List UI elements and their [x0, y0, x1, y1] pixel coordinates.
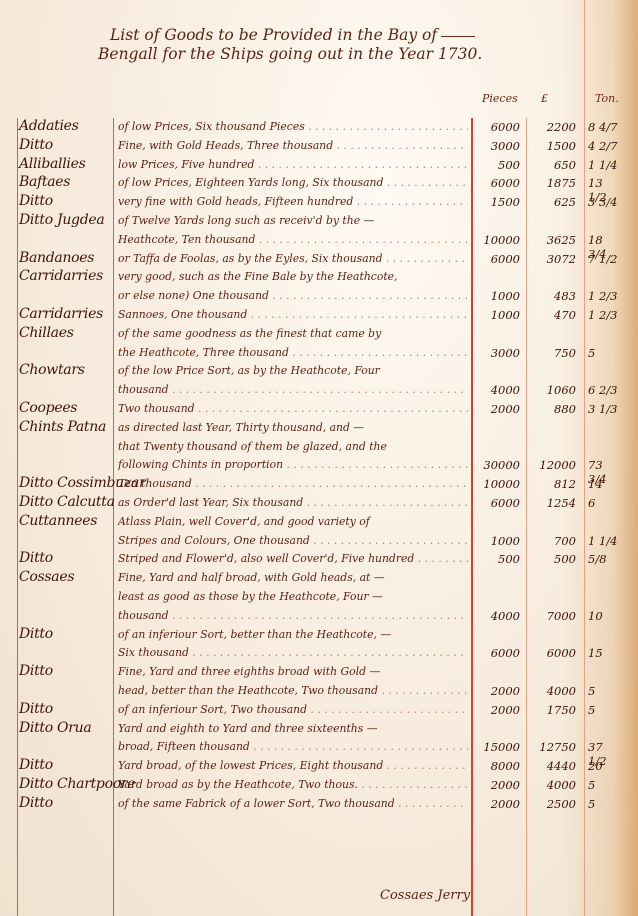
goods-row: Ditto Calcuttaas Order'd last Year, Six … — [0, 494, 638, 513]
goods-row: CoopeesTwo thousand20008803 1/3 — [0, 400, 638, 419]
goods-name: Addaties — [19, 118, 79, 134]
goods-row: Dittovery fine with Gold heads, Fifteen … — [0, 193, 638, 212]
title-line-2: Bengall for the Ships going out in the Y… — [98, 45, 578, 64]
pounds-value: 1060 — [528, 383, 576, 397]
goods-row: Bandanoesor Taffa de Foolas, as by the E… — [0, 250, 638, 269]
manuscript-page: List of Goods to be Provided in the Bay … — [0, 0, 638, 916]
goods-row: Ditto Jugdeaof Twelve Yards long such as… — [0, 212, 638, 250]
row-line: Stripes and Colours, One thousand1000700… — [0, 532, 638, 551]
tons-value: 1 1/4 — [588, 534, 624, 548]
pounds-value: 12000 — [528, 458, 576, 472]
goods-row: DittoStriped and Flower'd, also well Cov… — [0, 550, 638, 569]
row-line: Six thousand6000600015 — [0, 644, 638, 663]
goods-description: Fine, Yard and three eighths broad with … — [118, 665, 468, 678]
goods-description: or else none) One thousand — [118, 289, 468, 302]
pounds-value: 750 — [528, 346, 576, 360]
goods-description: as directed last Year, Thirty thousand, … — [118, 421, 468, 434]
goods-description: as Order'd last Year, Six thousand — [118, 496, 468, 509]
tons-value: 6 2/3 — [588, 383, 624, 397]
tons-value: 8 4/7 — [588, 120, 624, 134]
row-line: Ditto Jugdeaof Twelve Yards long such as… — [0, 212, 638, 231]
goods-name: Chints Patna — [19, 419, 106, 435]
row-line: Dittoof the same Fabrick of a lower Sort… — [0, 795, 638, 814]
pieces-value: 6000 — [474, 120, 520, 134]
pounds-value: 470 — [528, 308, 576, 322]
goods-description: very fine with Gold heads, Fifteen hundr… — [118, 195, 468, 208]
row-line: Chillaesof the same goodness as the fine… — [0, 325, 638, 344]
goods-name: Alliballies — [19, 156, 85, 172]
goods-name: Cossaes — [19, 569, 74, 585]
tons-value: 3 3/4 — [588, 195, 624, 209]
goods-row: Ditto OruaYard and eighth to Yard and th… — [0, 720, 638, 758]
tons-value: 3 1/3 — [588, 402, 624, 416]
tons-value: 6 — [588, 496, 624, 510]
tons-value: 14 — [588, 477, 624, 491]
row-line: head, better than the Heathcote, Two tho… — [0, 682, 638, 701]
tons-value: 10 — [588, 609, 624, 623]
goods-row: CossaesFine, Yard and half broad, with G… — [0, 569, 638, 625]
row-line: Carridarriesvery good, such as the Fine … — [0, 268, 638, 287]
row-line: Ditto ChartpooreYard broad as by the Hea… — [0, 776, 638, 795]
tons-value: 1 2/3 — [588, 308, 624, 322]
pieces-value: 10000 — [474, 477, 520, 491]
pieces-value: 2000 — [474, 797, 520, 811]
goods-description: thousand — [118, 383, 468, 396]
pounds-value: 650 — [528, 158, 576, 172]
row-line: Bandanoesor Taffa de Foolas, as by the E… — [0, 250, 638, 269]
pieces-value: 6000 — [474, 252, 520, 266]
tons-value: 5 — [588, 778, 624, 792]
goods-name: Ditto — [19, 626, 53, 642]
goods-name: Carridarries — [19, 268, 103, 284]
pieces-value: 4000 — [474, 609, 520, 623]
goods-description: of low Prices, Six thousand Pieces — [118, 120, 468, 133]
pounds-value: 4000 — [528, 684, 576, 698]
pieces-value: 30000 — [474, 458, 520, 472]
column-header-pieces: Pieces — [482, 92, 518, 105]
goods-description: Six thousand — [118, 646, 468, 659]
goods-description: Stripes and Colours, One thousand — [118, 534, 468, 547]
goods-description: Yard broad, of the lowest Prices, Eight … — [118, 759, 468, 772]
goods-row: Dittoof an inferiour Sort, better than t… — [0, 626, 638, 664]
document-title: List of Goods to be Provided in the Bay … — [98, 26, 578, 64]
tons-value: 15 — [588, 646, 624, 660]
title-flourish — [441, 36, 475, 37]
goods-name: Ditto — [19, 757, 53, 773]
pieces-value: 6000 — [474, 646, 520, 660]
pieces-value: 8000 — [474, 759, 520, 773]
goods-description: following Chints in proportion — [118, 458, 468, 471]
goods-row: Dittoof the same Fabrick of a lower Sort… — [0, 795, 638, 814]
pieces-value: 1000 — [474, 289, 520, 303]
tons-value: 1 1/4 — [588, 158, 624, 172]
row-line: DittoFine, with Gold Heads, Three thousa… — [0, 137, 638, 156]
pieces-value: 6000 — [474, 176, 520, 190]
tons-value: 5 — [588, 797, 624, 811]
goods-description: head, better than the Heathcote, Two tho… — [118, 684, 468, 697]
tons-value: 7 1/2 — [588, 252, 624, 266]
goods-description: of low Prices, Eighteen Yards long, Six … — [118, 176, 468, 189]
goods-description: Sannoes, One thousand — [118, 308, 468, 321]
row-line: CoopeesTwo thousand20008803 1/3 — [0, 400, 638, 419]
column-header-tons: Ton. — [595, 92, 619, 105]
pounds-value: 500 — [528, 552, 576, 566]
signature: Cossaes Jerry — [380, 888, 470, 903]
goods-description: Yard and eighth to Yard and three sixtee… — [118, 722, 468, 735]
goods-name: Ditto — [19, 137, 53, 153]
goods-name: Ditto — [19, 550, 53, 566]
goods-row: Carridarriesvery good, such as the Fine … — [0, 268, 638, 306]
goods-name: Ditto — [19, 193, 53, 209]
pieces-value: 1000 — [474, 308, 520, 322]
row-line: CuttanneesAtlass Plain, well Cover'd, an… — [0, 513, 638, 532]
pounds-value: 1254 — [528, 496, 576, 510]
goods-description: the Heathcote, Three thousand — [118, 346, 468, 359]
pieces-value: 15000 — [474, 740, 520, 754]
row-line: Ditto OruaYard and eighth to Yard and th… — [0, 720, 638, 739]
pounds-value: 1875 — [528, 176, 576, 190]
pieces-value: 2000 — [474, 402, 520, 416]
pieces-value: 2000 — [474, 684, 520, 698]
row-line: CossaesFine, Yard and half broad, with G… — [0, 569, 638, 588]
goods-description: or Taffa de Foolas, as by the Eyles, Six… — [118, 252, 468, 265]
goods-row: Ditto ChartpooreYard broad as by the Hea… — [0, 776, 638, 795]
pieces-value: 4000 — [474, 383, 520, 397]
pounds-value: 7000 — [528, 609, 576, 623]
tons-value: 4 2/7 — [588, 139, 624, 153]
row-line: thousand400010606 2/3 — [0, 381, 638, 400]
goods-name: Ditto — [19, 663, 53, 679]
row-line: least as good as those by the Heathcote,… — [0, 588, 638, 607]
column-header-pounds: £ — [541, 92, 548, 105]
goods-row: CuttanneesAtlass Plain, well Cover'd, an… — [0, 513, 638, 551]
goods-name: Ditto Orua — [19, 720, 91, 736]
pounds-value: 1750 — [528, 703, 576, 717]
pieces-value: 500 — [474, 158, 520, 172]
goods-row: CarridarriesSannoes, One thousand1000470… — [0, 306, 638, 325]
goods-description: of an inferiour Sort, Two thousand — [118, 703, 468, 716]
goods-row: Ditto CossimbuzarTen thousand1000081214 — [0, 475, 638, 494]
goods-description: of the same Fabrick of a lower Sort, Two… — [118, 797, 468, 810]
pieces-value: 2000 — [474, 778, 520, 792]
goods-description: of an inferiour Sort, better than the He… — [118, 628, 468, 641]
pieces-value: 10000 — [474, 233, 520, 247]
pieces-value: 2000 — [474, 703, 520, 717]
goods-description: least as good as those by the Heathcote,… — [118, 590, 468, 603]
pounds-value: 4000 — [528, 778, 576, 792]
pounds-value: 880 — [528, 402, 576, 416]
goods-description: Fine, Yard and half broad, with Gold hea… — [118, 571, 468, 584]
goods-description: thousand — [118, 609, 468, 622]
row-line: DittoStriped and Flower'd, also well Cov… — [0, 550, 638, 569]
goods-row: Addatiesof low Prices, Six thousand Piec… — [0, 118, 638, 137]
goods-name: Cuttannees — [19, 513, 97, 529]
goods-description: of the low Price Sort, as by the Heathco… — [118, 364, 468, 377]
goods-description: Two thousand — [118, 402, 468, 415]
row-line: Ditto Calcuttaas Order'd last Year, Six … — [0, 494, 638, 513]
tons-value: 5 — [588, 346, 624, 360]
row-line: Dittovery fine with Gold heads, Fifteen … — [0, 193, 638, 212]
goods-description: Fine, with Gold Heads, Three thousand — [118, 139, 468, 152]
goods-name: Chowtars — [19, 362, 85, 378]
row-line: thousand4000700010 — [0, 607, 638, 626]
goods-description: that Twenty thousand of them be glazed, … — [118, 440, 468, 453]
tons-value: 1 2/3 — [588, 289, 624, 303]
goods-row: Chillaesof the same goodness as the fine… — [0, 325, 638, 363]
goods-description: of Twelve Yards long such as receiv'd by… — [118, 214, 468, 227]
goods-row: DittoFine, Yard and three eighths broad … — [0, 663, 638, 701]
title-line-1: List of Goods to be Provided in the Bay … — [110, 26, 437, 44]
row-line: Addatiesof low Prices, Six thousand Piec… — [0, 118, 638, 137]
goods-description: of the same goodness as the finest that … — [118, 327, 468, 340]
pounds-value: 3072 — [528, 252, 576, 266]
goods-description: very good, such as the Fine Bale by the … — [118, 270, 468, 283]
row-line: Baftaesof low Prices, Eighteen Yards lon… — [0, 174, 638, 193]
goods-description: Ten thousand — [118, 477, 468, 490]
goods-name: Ditto Jugdea — [19, 212, 104, 228]
goods-list: Addatiesof low Prices, Six thousand Piec… — [0, 118, 638, 813]
goods-name: Ditto Calcutta — [19, 494, 115, 510]
pounds-value: 812 — [528, 477, 576, 491]
goods-description: broad, Fifteen thousand — [118, 740, 468, 753]
goods-description: Striped and Flower'd, also well Cover'd,… — [118, 552, 468, 565]
goods-row: Alliballieslow Prices, Five hundred50065… — [0, 156, 638, 175]
pounds-value: 2500 — [528, 797, 576, 811]
goods-row: Dittoof an inferiour Sort, Two thousand2… — [0, 701, 638, 720]
row-line: DittoFine, Yard and three eighths broad … — [0, 663, 638, 682]
row-line: Alliballieslow Prices, Five hundred50065… — [0, 156, 638, 175]
row-line: following Chints in proportion3000012000… — [0, 456, 638, 475]
pounds-value: 6000 — [528, 646, 576, 660]
goods-name: Carridarries — [19, 306, 103, 322]
pieces-value: 1000 — [474, 534, 520, 548]
pounds-value: 1500 — [528, 139, 576, 153]
goods-name: Baftaes — [19, 174, 70, 190]
pounds-value: 625 — [528, 195, 576, 209]
row-line: broad, Fifteen thousand150001275037 1/2 — [0, 738, 638, 757]
pieces-value: 500 — [474, 552, 520, 566]
goods-name: Ditto — [19, 701, 53, 717]
pounds-value: 700 — [528, 534, 576, 548]
goods-name: Coopees — [19, 400, 77, 416]
goods-row: DittoYard broad, of the lowest Prices, E… — [0, 757, 638, 776]
goods-row: Chints Patnaas directed last Year, Thirt… — [0, 419, 638, 475]
row-line: Dittoof an inferiour Sort, Two thousand2… — [0, 701, 638, 720]
pieces-value: 3000 — [474, 346, 520, 360]
row-line: DittoYard broad, of the lowest Prices, E… — [0, 757, 638, 776]
goods-row: Baftaesof low Prices, Eighteen Yards lon… — [0, 174, 638, 193]
goods-description: Atlass Plain, well Cover'd, and good var… — [118, 515, 468, 528]
pounds-value: 3625 — [528, 233, 576, 247]
tons-value: 5 — [588, 684, 624, 698]
pieces-value: 1500 — [474, 195, 520, 209]
row-line: Ditto CossimbuzarTen thousand1000081214 — [0, 475, 638, 494]
row-line: Heathcote, Ten thousand10000362518 3/4 — [0, 231, 638, 250]
row-line: Chowtarsof the low Price Sort, as by the… — [0, 362, 638, 381]
pounds-value: 12750 — [528, 740, 576, 754]
goods-name: Chillaes — [19, 325, 74, 341]
pounds-value: 2200 — [528, 120, 576, 134]
goods-row: Chowtarsof the low Price Sort, as by the… — [0, 362, 638, 400]
pieces-value: 6000 — [474, 496, 520, 510]
row-line: that Twenty thousand of them be glazed, … — [0, 438, 638, 457]
goods-description: low Prices, Five hundred — [118, 158, 468, 171]
row-line: CarridarriesSannoes, One thousand1000470… — [0, 306, 638, 325]
goods-name: Ditto — [19, 795, 53, 811]
row-line: the Heathcote, Three thousand30007505 — [0, 344, 638, 363]
tons-value: 20 — [588, 759, 624, 773]
goods-description: Yard broad as by the Heathcote, Two thou… — [118, 778, 468, 791]
row-line: or else none) One thousand10004831 2/3 — [0, 287, 638, 306]
pounds-value: 4440 — [528, 759, 576, 773]
goods-description: Heathcote, Ten thousand — [118, 233, 468, 246]
row-line: Chints Patnaas directed last Year, Thirt… — [0, 419, 638, 438]
tons-value: 5 — [588, 703, 624, 717]
tons-value: 5/8 — [588, 552, 624, 566]
pieces-value: 3000 — [474, 139, 520, 153]
goods-name: Bandanoes — [19, 250, 94, 266]
row-line: Dittoof an inferiour Sort, better than t… — [0, 626, 638, 645]
pounds-value: 483 — [528, 289, 576, 303]
goods-row: DittoFine, with Gold Heads, Three thousa… — [0, 137, 638, 156]
